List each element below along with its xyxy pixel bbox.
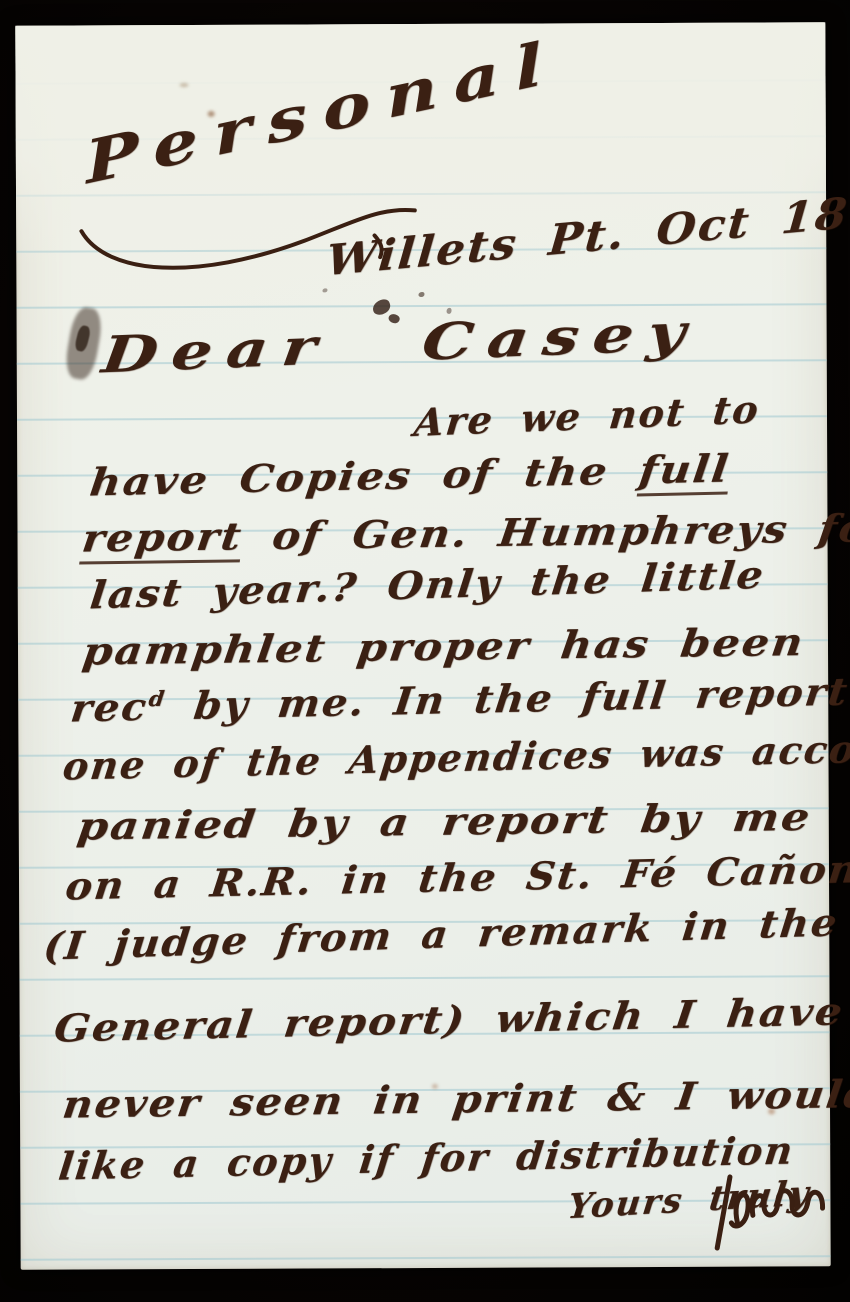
letter-sheet: Personal Willets Pt. Oct 1869 Dear Casey… — [15, 22, 830, 1270]
photo-black-background: { "letter": { "docket": "Personal", "dat… — [0, 0, 850, 1302]
line-text: of Gen. Humphreys for — [240, 505, 850, 559]
signature-scrawl — [686, 1163, 842, 1256]
line-text: rec — [68, 684, 150, 731]
underlined-word: report — [79, 513, 245, 564]
photograph-stage: Personal Willets Pt. Oct 1869 Dear Casey… — [0, 0, 850, 1302]
paper-stain — [180, 83, 189, 87]
underlined-word: full — [636, 445, 732, 496]
line-text: pamphlet proper has been — [80, 619, 807, 674]
body-line: pamphlet proper has been — [80, 619, 807, 674]
